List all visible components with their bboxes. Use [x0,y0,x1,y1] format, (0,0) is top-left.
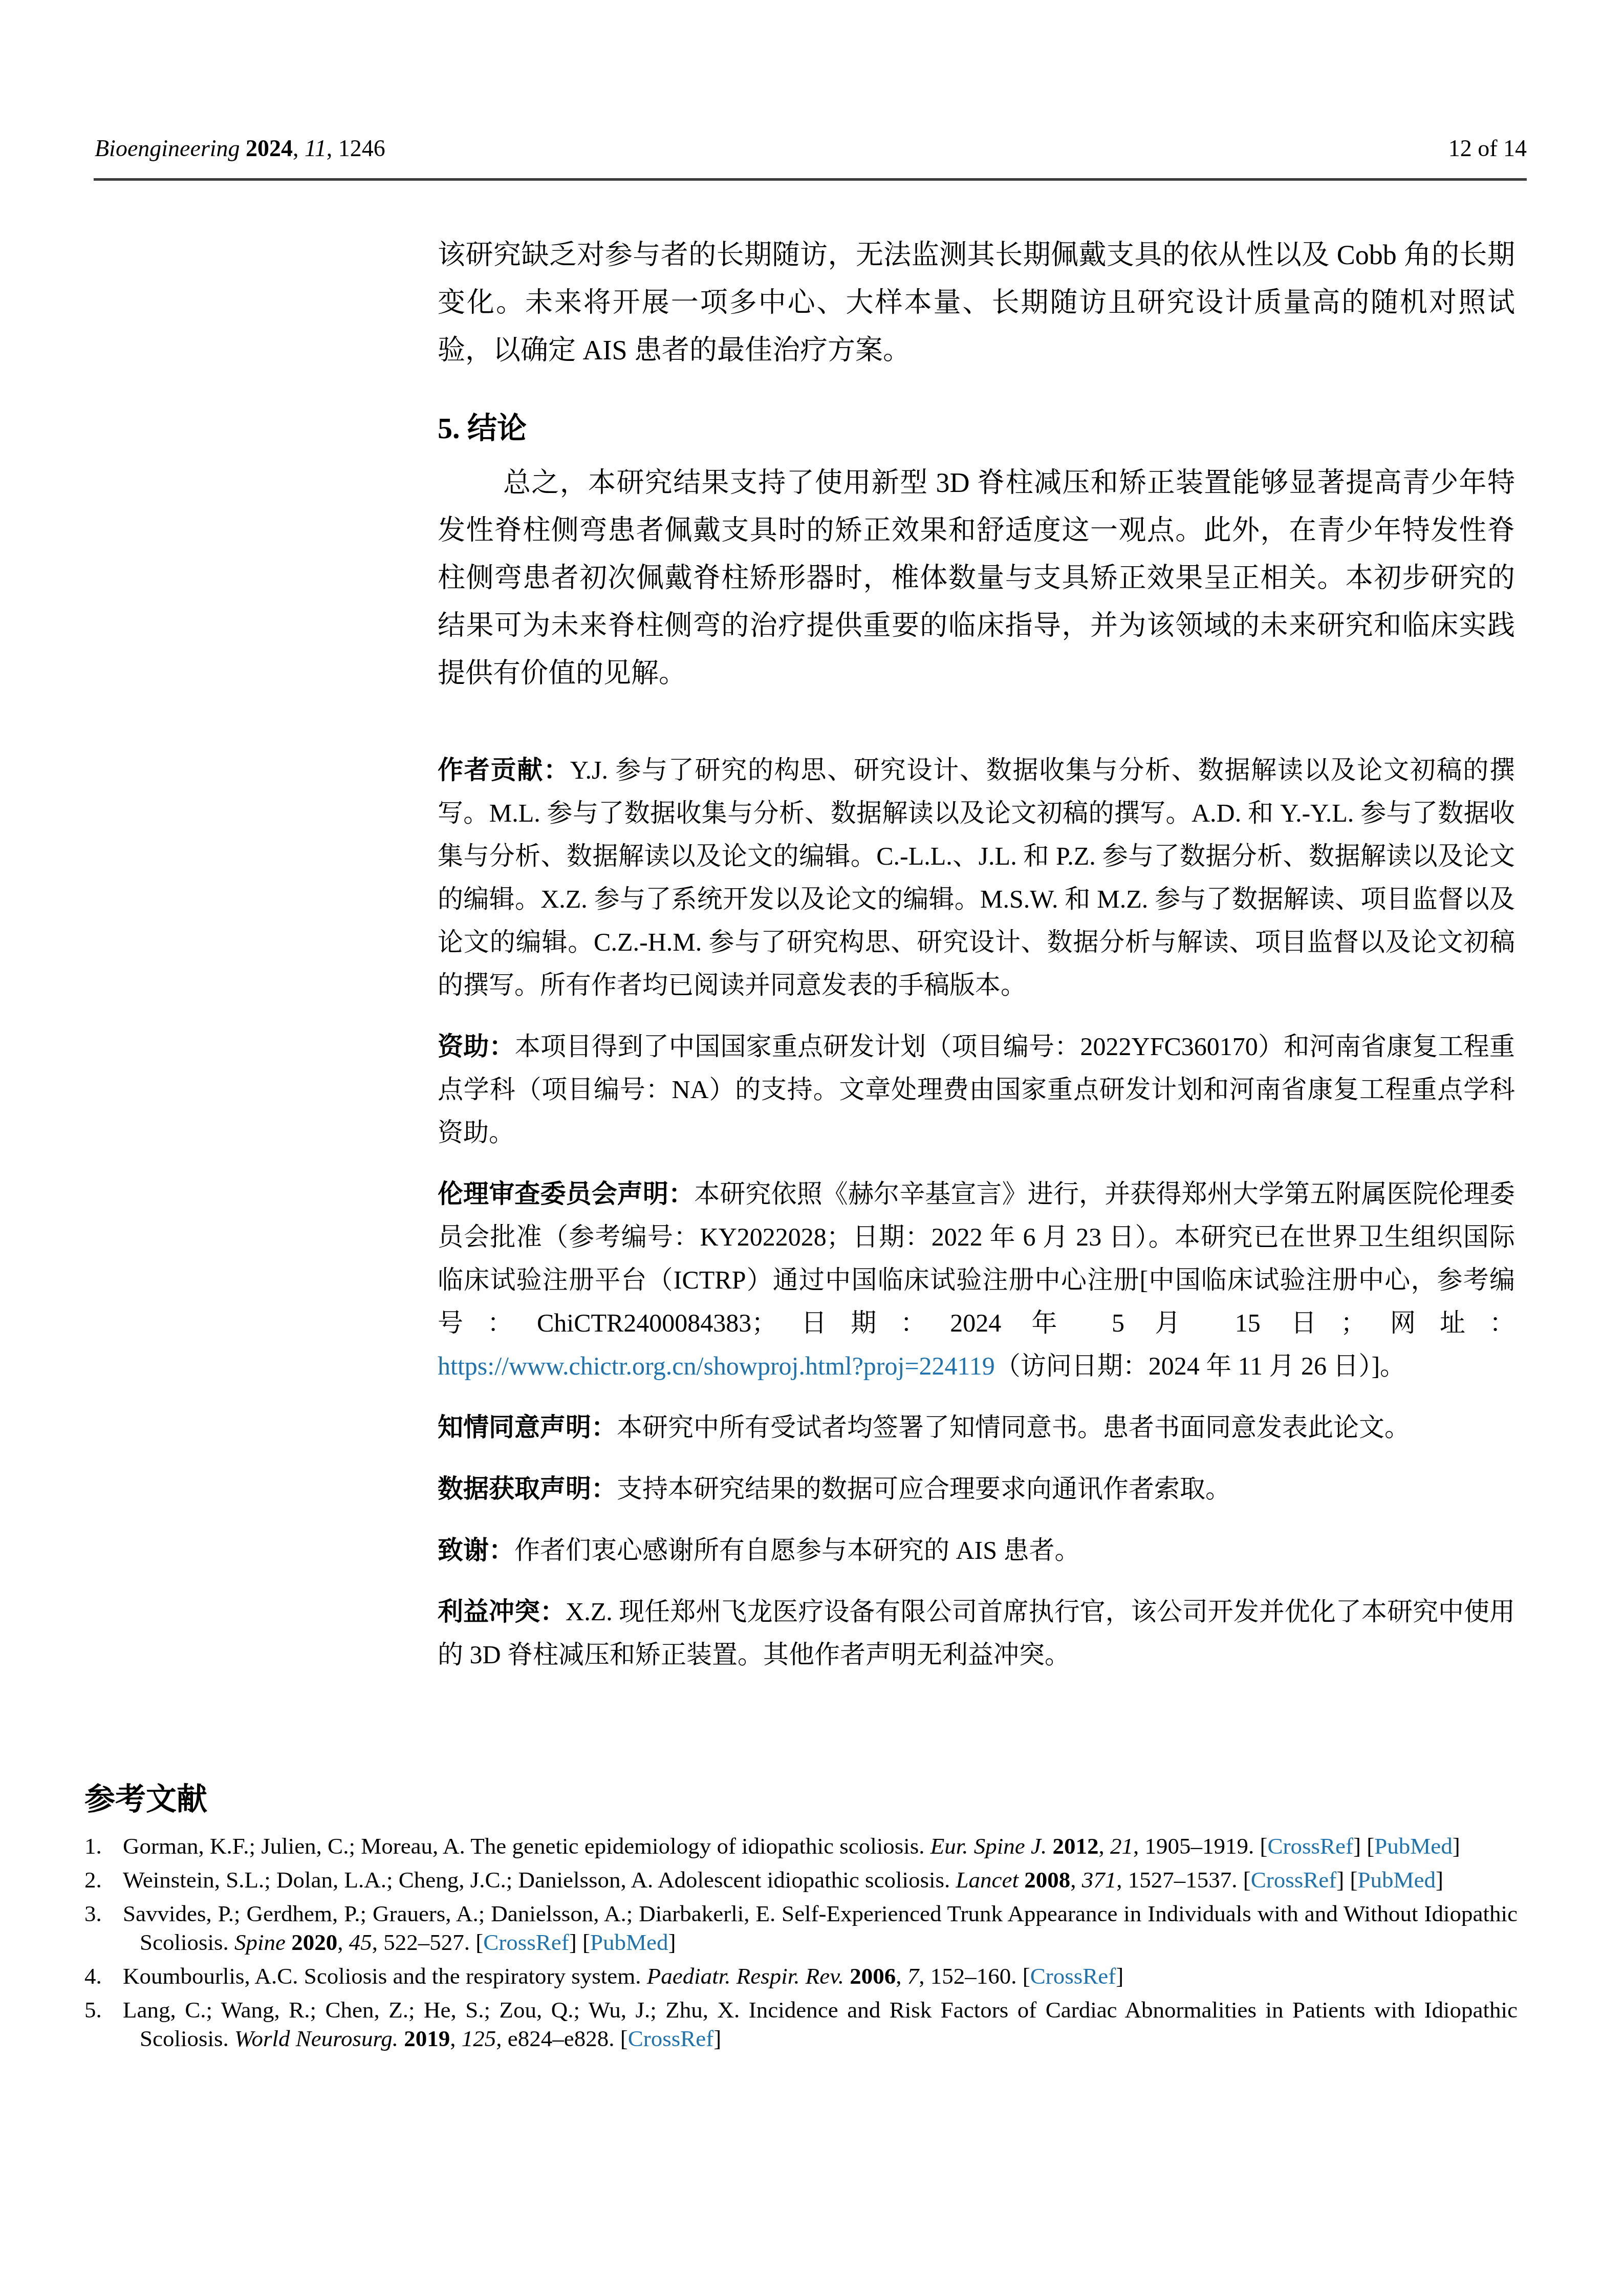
conflicts-of-interest: 利益冲突：X.Z. 现任郑州飞龙医疗设备有限公司首席执行官，该公司开发并优化了本… [438,1590,1515,1676]
pubmed-link[interactable]: PubMed [1374,1833,1453,1859]
reference-item: 1.Gorman, K.F.; Julien, C.; Moreau, A. T… [140,1832,1518,1860]
reference-text: Lang, C.; Wang, R.; Chen, Z.; He, S.; Zo… [123,1997,1518,2051]
crossref-link[interactable]: CrossRef [1268,1833,1354,1859]
header-rule [94,178,1527,181]
backmatter: 作者贡献：Y.J. 参与了研究的构思、研究设计、数据收集与分析、数据解读以及论文… [438,748,1515,1676]
acknowledgments: 致谢：作者们衷心感谢所有自愿参与本研究的 AIS 患者。 [438,1529,1515,1572]
reference-text: Gorman, K.F.; Julien, C.; Moreau, A. The… [123,1833,1460,1859]
references-section: 参考文献 1.Gorman, K.F.; Julien, C.; Moreau,… [84,1780,1518,2058]
crossref-link[interactable]: CrossRef [1030,1963,1116,1989]
reference-number: 3. [84,1899,102,1928]
reference-item: 2.Weinstein, S.L.; Dolan, L.A.; Cheng, J… [140,1865,1518,1894]
crossref-link[interactable]: CrossRef [628,2026,714,2051]
reference-list: 1.Gorman, K.F.; Julien, C.; Moreau, A. T… [84,1832,1518,2053]
reference-text: Savvides, P.; Gerdhem, P.; Grauers, A.; … [123,1901,1518,1955]
section-heading-conclusion: 5. 结论 [438,410,1515,447]
pubmed-link[interactable]: PubMed [590,1929,668,1955]
reference-item: 5.Lang, C.; Wang, R.; Chen, Z.; He, S.; … [140,1995,1518,2053]
paper-page: { "colors": { "link": "#1e72b0", "rule":… [0,0,1624,2296]
pubmed-link[interactable]: PubMed [1357,1867,1436,1893]
references-heading: 参考文献 [84,1780,1518,1818]
journal-citation: Bioengineering 2024, 11, 1246 [95,134,385,163]
reference-item: 4.Koumbourlis, A.C. Scoliosis and the re… [140,1962,1518,1990]
paragraph-conclusion: 总之，本研究结果支持了使用新型 3D 脊柱减压和矫正装置能够显著提高青少年特发性… [438,459,1515,697]
reference-number: 2. [84,1865,102,1894]
author-contributions: 作者贡献：Y.J. 参与了研究的构思、研究设计、数据收集与分析、数据解读以及论文… [438,748,1515,1006]
crossref-link[interactable]: CrossRef [1251,1867,1337,1893]
reference-number: 1. [84,1832,102,1860]
page-number: 12 of 14 [1448,134,1527,163]
reference-number: 4. [84,1962,102,1990]
trial-registry-link[interactable]: https://www.chictr.org.cn/showproj.html?… [438,1351,995,1380]
funding-statement: 资助：本项目得到了中国国家重点研发计划（项目编号：2022YFC360170）和… [438,1025,1515,1154]
running-head: Bioengineering 2024, 11, 1246 12 of 14 [95,134,1527,163]
reference-text: Koumbourlis, A.C. Scoliosis and the resp… [123,1963,1123,1989]
main-text-column: 该研究缺乏对参与者的长期随访，无法监测其长期佩戴支具的依从性以及 Cobb 角的… [438,231,1515,1676]
reference-number: 5. [84,1995,102,2024]
reference-item: 3.Savvides, P.; Gerdhem, P.; Grauers, A.… [140,1899,1518,1957]
paragraph-continued: 该研究缺乏对参与者的长期随访，无法监测其长期佩戴支具的依从性以及 Cobb 角的… [438,231,1515,374]
data-availability-statement: 数据获取声明：支持本研究结果的数据可应合理要求向通讯作者索取。 [438,1467,1515,1510]
reference-text: Weinstein, S.L.; Dolan, L.A.; Cheng, J.C… [123,1867,1443,1893]
informed-consent-statement: 知情同意声明：本研究中所有受试者均签署了知情同意书。患者书面同意发表此论文。 [438,1406,1515,1449]
crossref-link[interactable]: CrossRef [483,1929,569,1955]
ethics-statement: 伦理审查委员会声明：本研究依照《赫尔辛基宣言》进行，并获得郑州大学第五附属医院伦… [438,1172,1515,1387]
